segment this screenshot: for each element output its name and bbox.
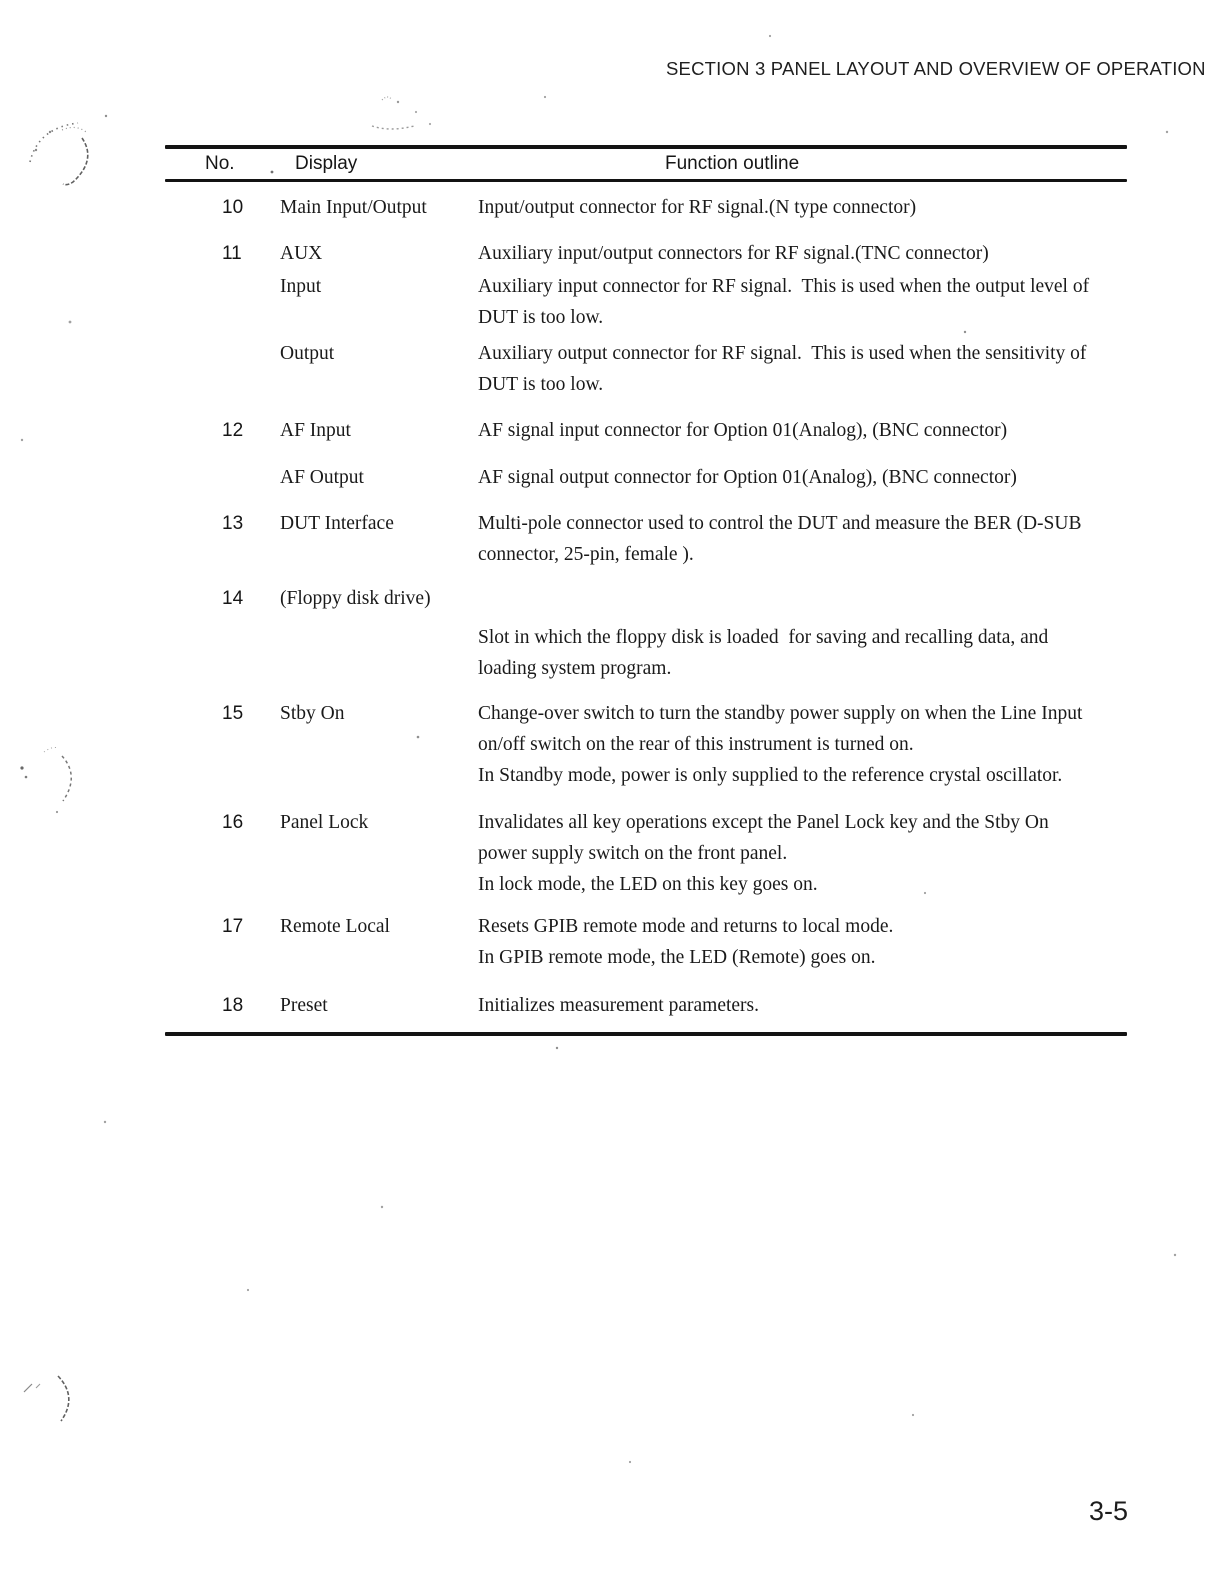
row-display: Input: [280, 271, 478, 302]
table-row: 18 Preset Initializes measurement parame…: [165, 990, 1127, 1021]
column-header-display: Display: [295, 153, 357, 175]
row-display: AF Input: [280, 415, 478, 446]
column-header-no: No.: [205, 153, 235, 175]
row-function: Input/output connector for RF signal.(N …: [478, 192, 1127, 223]
row-function: Auxiliary output connector for RF signal…: [478, 338, 1127, 400]
table-row: 16 Panel Lock Invalidates all key operat…: [165, 807, 1127, 900]
document-page: SECTION 3 PANEL LAYOUT AND OVERVIEW OF O…: [0, 0, 1224, 1584]
function-line: Initializes measurement parameters.: [478, 990, 1127, 1021]
table-row: 14 (Floppy disk drive): [165, 583, 1127, 614]
table-row: Slot in which the floppy disk is loaded …: [165, 622, 1127, 684]
function-line: Slot in which the floppy disk is loaded …: [478, 622, 1127, 653]
table-row: 12 AF Input AF signal input connector fo…: [165, 415, 1127, 446]
function-line: In Standby mode, power is only supplied …: [478, 760, 1127, 791]
table-row: 11 AUX Auxiliary input/output connectors…: [165, 238, 1127, 269]
row-number: 12: [165, 415, 280, 446]
function-line: Auxiliary input connector for RF signal.…: [478, 271, 1127, 302]
function-line: Input/output connector for RF signal.(N …: [478, 192, 1127, 223]
function-line: loading system program.: [478, 653, 1127, 684]
function-line: Multi-pole connector used to control the…: [478, 508, 1127, 539]
function-line: Auxiliary input/output connectors for RF…: [478, 238, 1127, 269]
row-function: Multi-pole connector used to control the…: [478, 508, 1127, 570]
row-display: Panel Lock: [280, 807, 478, 838]
table-row: Input Auxiliary input connector for RF s…: [165, 271, 1127, 333]
row-number: 11: [165, 238, 280, 269]
row-display: (Floppy disk drive): [280, 583, 478, 614]
row-display: Preset: [280, 990, 478, 1021]
row-function: AF signal input connector for Option 01(…: [478, 415, 1127, 446]
function-line: DUT is too low.: [478, 302, 1127, 333]
row-number: 13: [165, 508, 280, 539]
row-number: 18: [165, 990, 280, 1021]
function-line: AF signal output connector for Option 01…: [478, 462, 1127, 493]
function-line: on/off switch on the rear of this instru…: [478, 729, 1127, 760]
table-row: Output Auxiliary output connector for RF…: [165, 338, 1127, 400]
table-header-rule: [165, 179, 1127, 182]
row-display: AUX: [280, 238, 478, 269]
table-header-row: No. Display Function outline: [165, 149, 1127, 179]
function-line: Invalidates all key operations except th…: [478, 807, 1127, 838]
column-header-function: Function outline: [665, 153, 799, 175]
row-number: 15: [165, 698, 280, 729]
row-number: 10: [165, 192, 280, 223]
row-function: Auxiliary input connector for RF signal.…: [478, 271, 1127, 333]
table-row: 10 Main Input/Output Input/output connec…: [165, 192, 1127, 223]
function-line: Auxiliary output connector for RF signal…: [478, 338, 1127, 369]
row-display: Remote Local: [280, 911, 478, 942]
function-line: DUT is too low.: [478, 369, 1127, 400]
section-header: SECTION 3 PANEL LAYOUT AND OVERVIEW OF O…: [666, 58, 1206, 80]
row-function: AF signal output connector for Option 01…: [478, 462, 1127, 493]
row-function: Resets GPIB remote mode and returns to l…: [478, 911, 1127, 973]
row-function: Initializes measurement parameters.: [478, 990, 1127, 1021]
function-line: In GPIB remote mode, the LED (Remote) go…: [478, 942, 1127, 973]
row-display: Output: [280, 338, 478, 369]
row-display: AF Output: [280, 462, 478, 493]
row-display: Main Input/Output: [280, 192, 478, 223]
function-table: No. Display Function outline 10 Main Inp…: [165, 145, 1127, 1036]
row-function: Invalidates all key operations except th…: [478, 807, 1127, 900]
row-function: Auxiliary input/output connectors for RF…: [478, 238, 1127, 269]
row-function: Change-over switch to turn the standby p…: [478, 698, 1127, 791]
table-row: 17 Remote Local Resets GPIB remote mode …: [165, 911, 1127, 973]
page-number: 3-5: [1089, 1496, 1128, 1527]
table-row: AF Output AF signal output connector for…: [165, 462, 1127, 493]
function-line: connector, 25-pin, female ).: [478, 539, 1127, 570]
function-line: power supply switch on the front panel.: [478, 838, 1127, 869]
function-line: In lock mode, the LED on this key goes o…: [478, 869, 1127, 900]
row-number: 16: [165, 807, 280, 838]
row-display: DUT Interface: [280, 508, 478, 539]
row-function: Slot in which the floppy disk is loaded …: [478, 622, 1127, 684]
table-row: 15 Stby On Change-over switch to turn th…: [165, 698, 1127, 791]
table-bottom-rule: [165, 1032, 1127, 1036]
function-line: Change-over switch to turn the standby p…: [478, 698, 1127, 729]
row-display: Stby On: [280, 698, 478, 729]
row-number: 17: [165, 911, 280, 942]
row-number: 14: [165, 583, 280, 614]
function-line: Resets GPIB remote mode and returns to l…: [478, 911, 1127, 942]
function-line: AF signal input connector for Option 01(…: [478, 415, 1127, 446]
table-row: 13 DUT Interface Multi-pole connector us…: [165, 508, 1127, 570]
